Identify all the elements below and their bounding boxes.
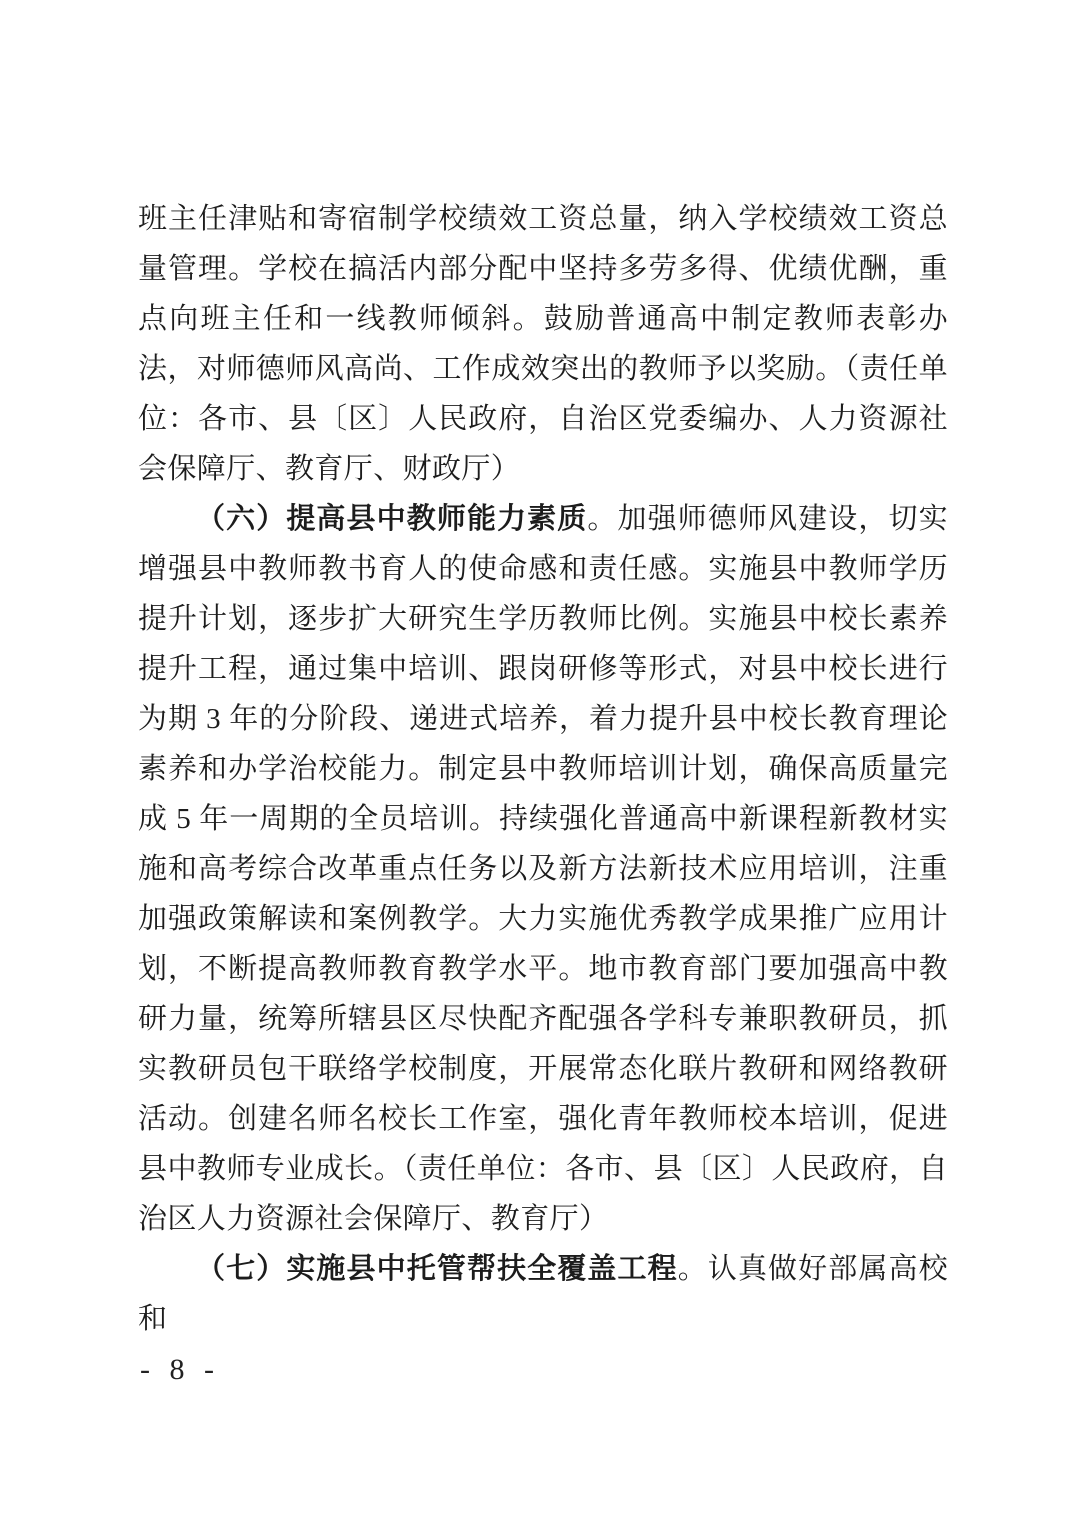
section-six-heading: （六）提高县中教师能力素质 <box>196 503 587 535</box>
paragraph-continued-text: 班主任津贴和寄宿制学校绩效工资总量，纳入学校绩效工资总量管理。学校在搞活内部分配… <box>138 203 948 485</box>
page-number: - 8 - <box>140 1350 220 1390</box>
paragraph-continued: 班主任津贴和寄宿制学校绩效工资总量，纳入学校绩效工资总量管理。学校在搞活内部分配… <box>138 194 948 494</box>
paragraph-section-seven: （七）实施县中托管帮扶全覆盖工程。认真做好部属高校和 <box>138 1244 948 1344</box>
document-body: 班主任津贴和寄宿制学校绩效工资总量，纳入学校绩效工资总量管理。学校在搞活内部分配… <box>138 194 948 1344</box>
section-six-text: 。加强师德师风建设，切实增强县中教师教书育人的使命感和责任感。实施县中教师学历提… <box>138 503 948 1235</box>
section-seven-heading: （七）实施县中托管帮扶全覆盖工程 <box>196 1253 678 1285</box>
document-page: 班主任津贴和寄宿制学校绩效工资总量，纳入学校绩效工资总量管理。学校在搞活内部分配… <box>0 0 1074 1520</box>
paragraph-section-six: （六）提高县中教师能力素质。加强师德师风建设，切实增强县中教师教书育人的使命感和… <box>138 494 948 1244</box>
